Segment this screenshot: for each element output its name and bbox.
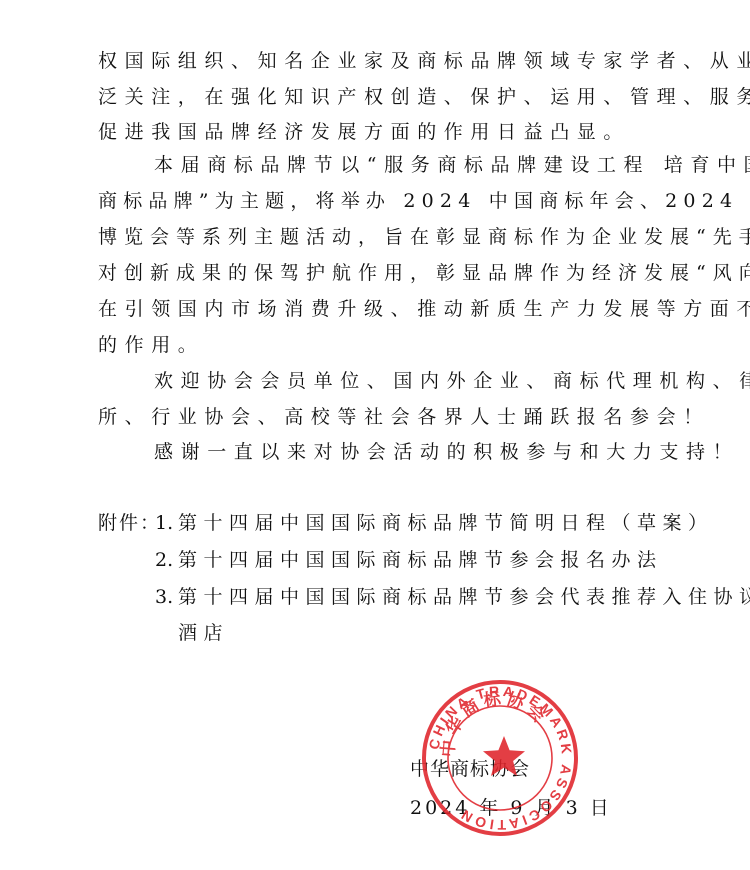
attachment-3-continuation[interactable]: 酒店 bbox=[178, 622, 229, 644]
attachment-1-number: 1. bbox=[155, 512, 173, 534]
paragraph4-line-1: 感谢一直以来对协会活动的积极参与和大力支持！ bbox=[154, 441, 739, 463]
seal-star-icon bbox=[483, 736, 525, 776]
paragraph3-line-2: 所、行业协会、高校等社会各界人士踊跃报名参会！ bbox=[98, 406, 710, 428]
paragraph2-line-3: 博览会等系列主题活动，旨在彰显商标作为企业发展“先手棋” bbox=[98, 226, 750, 248]
attachment-1-link[interactable]: 第十四届中国国际商标品牌节简明日程（草案） bbox=[178, 512, 714, 534]
paragraph2-line-5: 在引领国内市场消费升级、推动新质生产力发展等方面不可或缺 bbox=[98, 298, 750, 320]
paragraph2-line-4: 对创新成果的保驾护航作用，彰显品牌作为经济发展“风向标” bbox=[98, 262, 750, 284]
attachment-3-link[interactable]: 第十四届中国国际商标品牌节参会代表推荐入住协议 bbox=[178, 586, 750, 608]
paragraph2-line-2: 商标品牌”为主题，将举办 2024 中国商标年会、2024 中华品牌 bbox=[98, 190, 750, 212]
attachment-2-link[interactable]: 第十四届中国国际商标品牌节参会报名办法 bbox=[178, 549, 663, 571]
paragraph1-line-1: 权国际组织、知名企业家及商标品牌领域专家学者、从业者的广 bbox=[98, 50, 750, 72]
attachment-2-number: 2. bbox=[155, 549, 173, 571]
paragraph2-line-1: 本届商标品牌节以“服务商标品牌建设工程 培育中国知名 bbox=[154, 154, 750, 176]
attachment-3-number: 3. bbox=[155, 586, 173, 608]
document-page: 权国际组织、知名企业家及商标品牌领域专家学者、从业者的广 泛关注，在强化知识产权… bbox=[0, 0, 750, 870]
paragraph2-line-6: 的作用。 bbox=[98, 334, 204, 356]
paragraph1-line-3: 促进我国品牌经济发展方面的作用日益凸显。 bbox=[98, 121, 630, 143]
official-seal-icon: CHINA TRADEMARK ASSOCIATION 中华商标协会 bbox=[420, 678, 580, 838]
attachments-label: 附件： bbox=[98, 512, 161, 534]
paragraph3-line-1: 欢迎协会会员单位、国内外企业、商标代理机构、律师事务 bbox=[154, 370, 750, 392]
paragraph1-line-2: 泛关注，在强化知识产权创造、保护、运用、管理、服务全链条， bbox=[98, 86, 750, 108]
